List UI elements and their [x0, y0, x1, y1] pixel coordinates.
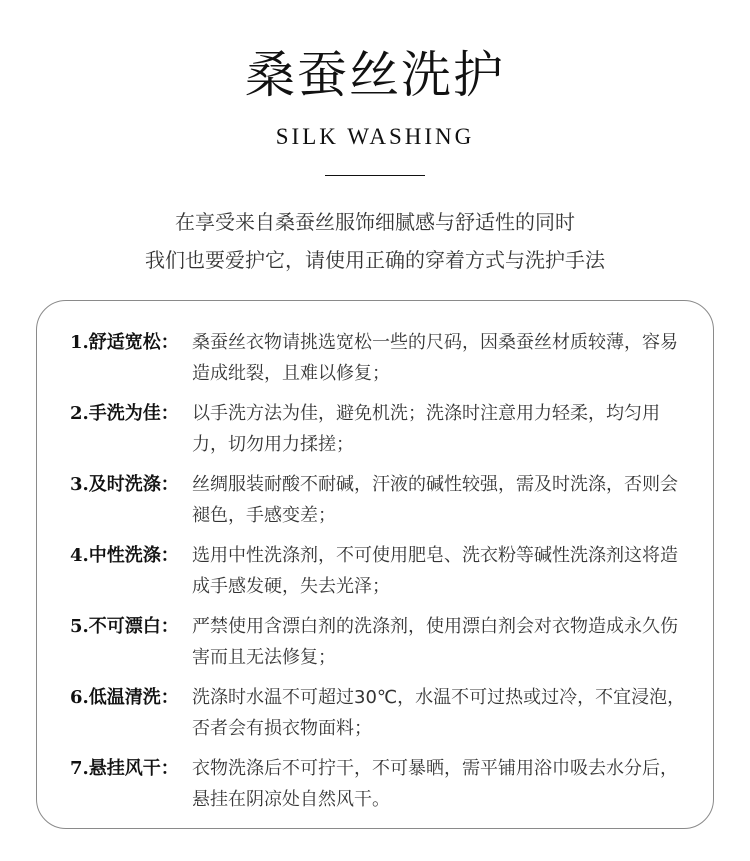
title-divider: [325, 175, 425, 176]
care-item-label: 1.舒适宽松：: [70, 327, 192, 389]
care-item-text: 衣物洗涤后不可拧干，不可暴晒，需平铺用浴巾吸去水分后，悬挂在阴凉处自然风干。: [192, 753, 690, 815]
care-item-label: 2.手洗为佳：: [70, 398, 192, 460]
care-item-text: 桑蚕丝衣物请挑选宽松一些的尺码，因桑蚕丝材质较薄，容易造成纰裂，且难以修复；: [192, 327, 690, 389]
care-item: 5.不可漂白： 严禁使用含漂白剂的洗涤剂，使用漂白剂会对衣物造成永久伤害而且无法…: [70, 611, 690, 673]
page-subtitle: SILK WASHING: [0, 122, 750, 152]
care-item-label: 6.低温清洗：: [70, 682, 192, 744]
care-item: 3.及时洗涤： 丝绸服装耐酸不耐碱，汗液的碱性较强，需及时洗涤，否则会褪色，手感…: [70, 469, 690, 531]
care-item-text: 选用中性洗涤剂，不可使用肥皂、洗衣粉等碱性洗涤剂这将造成手感发硬，失去光泽；: [192, 540, 690, 602]
care-item: 1.舒适宽松： 桑蚕丝衣物请挑选宽松一些的尺码，因桑蚕丝材质较薄，容易造成纰裂，…: [70, 327, 690, 389]
care-item: 6.低温清洗： 洗涤时水温不可超过30℃，水温不可过热或过冷，不宜浸泡，否者会有…: [70, 682, 690, 744]
care-item-label: 3.及时洗涤：: [70, 469, 192, 531]
page-title: 桑蚕丝洗护: [0, 44, 750, 106]
care-item-text: 严禁使用含漂白剂的洗涤剂，使用漂白剂会对衣物造成永久伤害而且无法修复；: [192, 611, 690, 673]
intro-text: 在享受来自桑蚕丝服饰细腻感与舒适性的同时 我们也要爱护它，请使用正确的穿着方式与…: [0, 203, 750, 279]
care-item-label: 7.悬挂风干：: [70, 753, 192, 815]
care-item-text: 丝绸服装耐酸不耐碱，汗液的碱性较强，需及时洗涤，否则会褪色，手感变差；: [192, 469, 690, 531]
care-list: 1.舒适宽松： 桑蚕丝衣物请挑选宽松一些的尺码，因桑蚕丝材质较薄，容易造成纰裂，…: [70, 327, 690, 824]
care-item: 4.中性洗涤： 选用中性洗涤剂，不可使用肥皂、洗衣粉等碱性洗涤剂这将造成手感发硬…: [70, 540, 690, 602]
care-item-label: 4.中性洗涤：: [70, 540, 192, 602]
intro-line-1: 在享受来自桑蚕丝服饰细腻感与舒适性的同时: [0, 203, 750, 241]
care-item: 7.悬挂风干： 衣物洗涤后不可拧干，不可暴晒，需平铺用浴巾吸去水分后，悬挂在阴凉…: [70, 753, 690, 815]
care-item-label: 5.不可漂白：: [70, 611, 192, 673]
intro-line-2: 我们也要爱护它，请使用正确的穿着方式与洗护手法: [0, 241, 750, 279]
care-item-text: 洗涤时水温不可超过30℃，水温不可过热或过冷，不宜浸泡，否者会有损衣物面料；: [192, 682, 690, 744]
care-item: 2.手洗为佳： 以手洗方法为佳，避免机洗；洗涤时注意用力轻柔，均匀用力，切勿用力…: [70, 398, 690, 460]
care-item-text: 以手洗方法为佳，避免机洗；洗涤时注意用力轻柔，均匀用力，切勿用力揉搓；: [192, 398, 690, 460]
